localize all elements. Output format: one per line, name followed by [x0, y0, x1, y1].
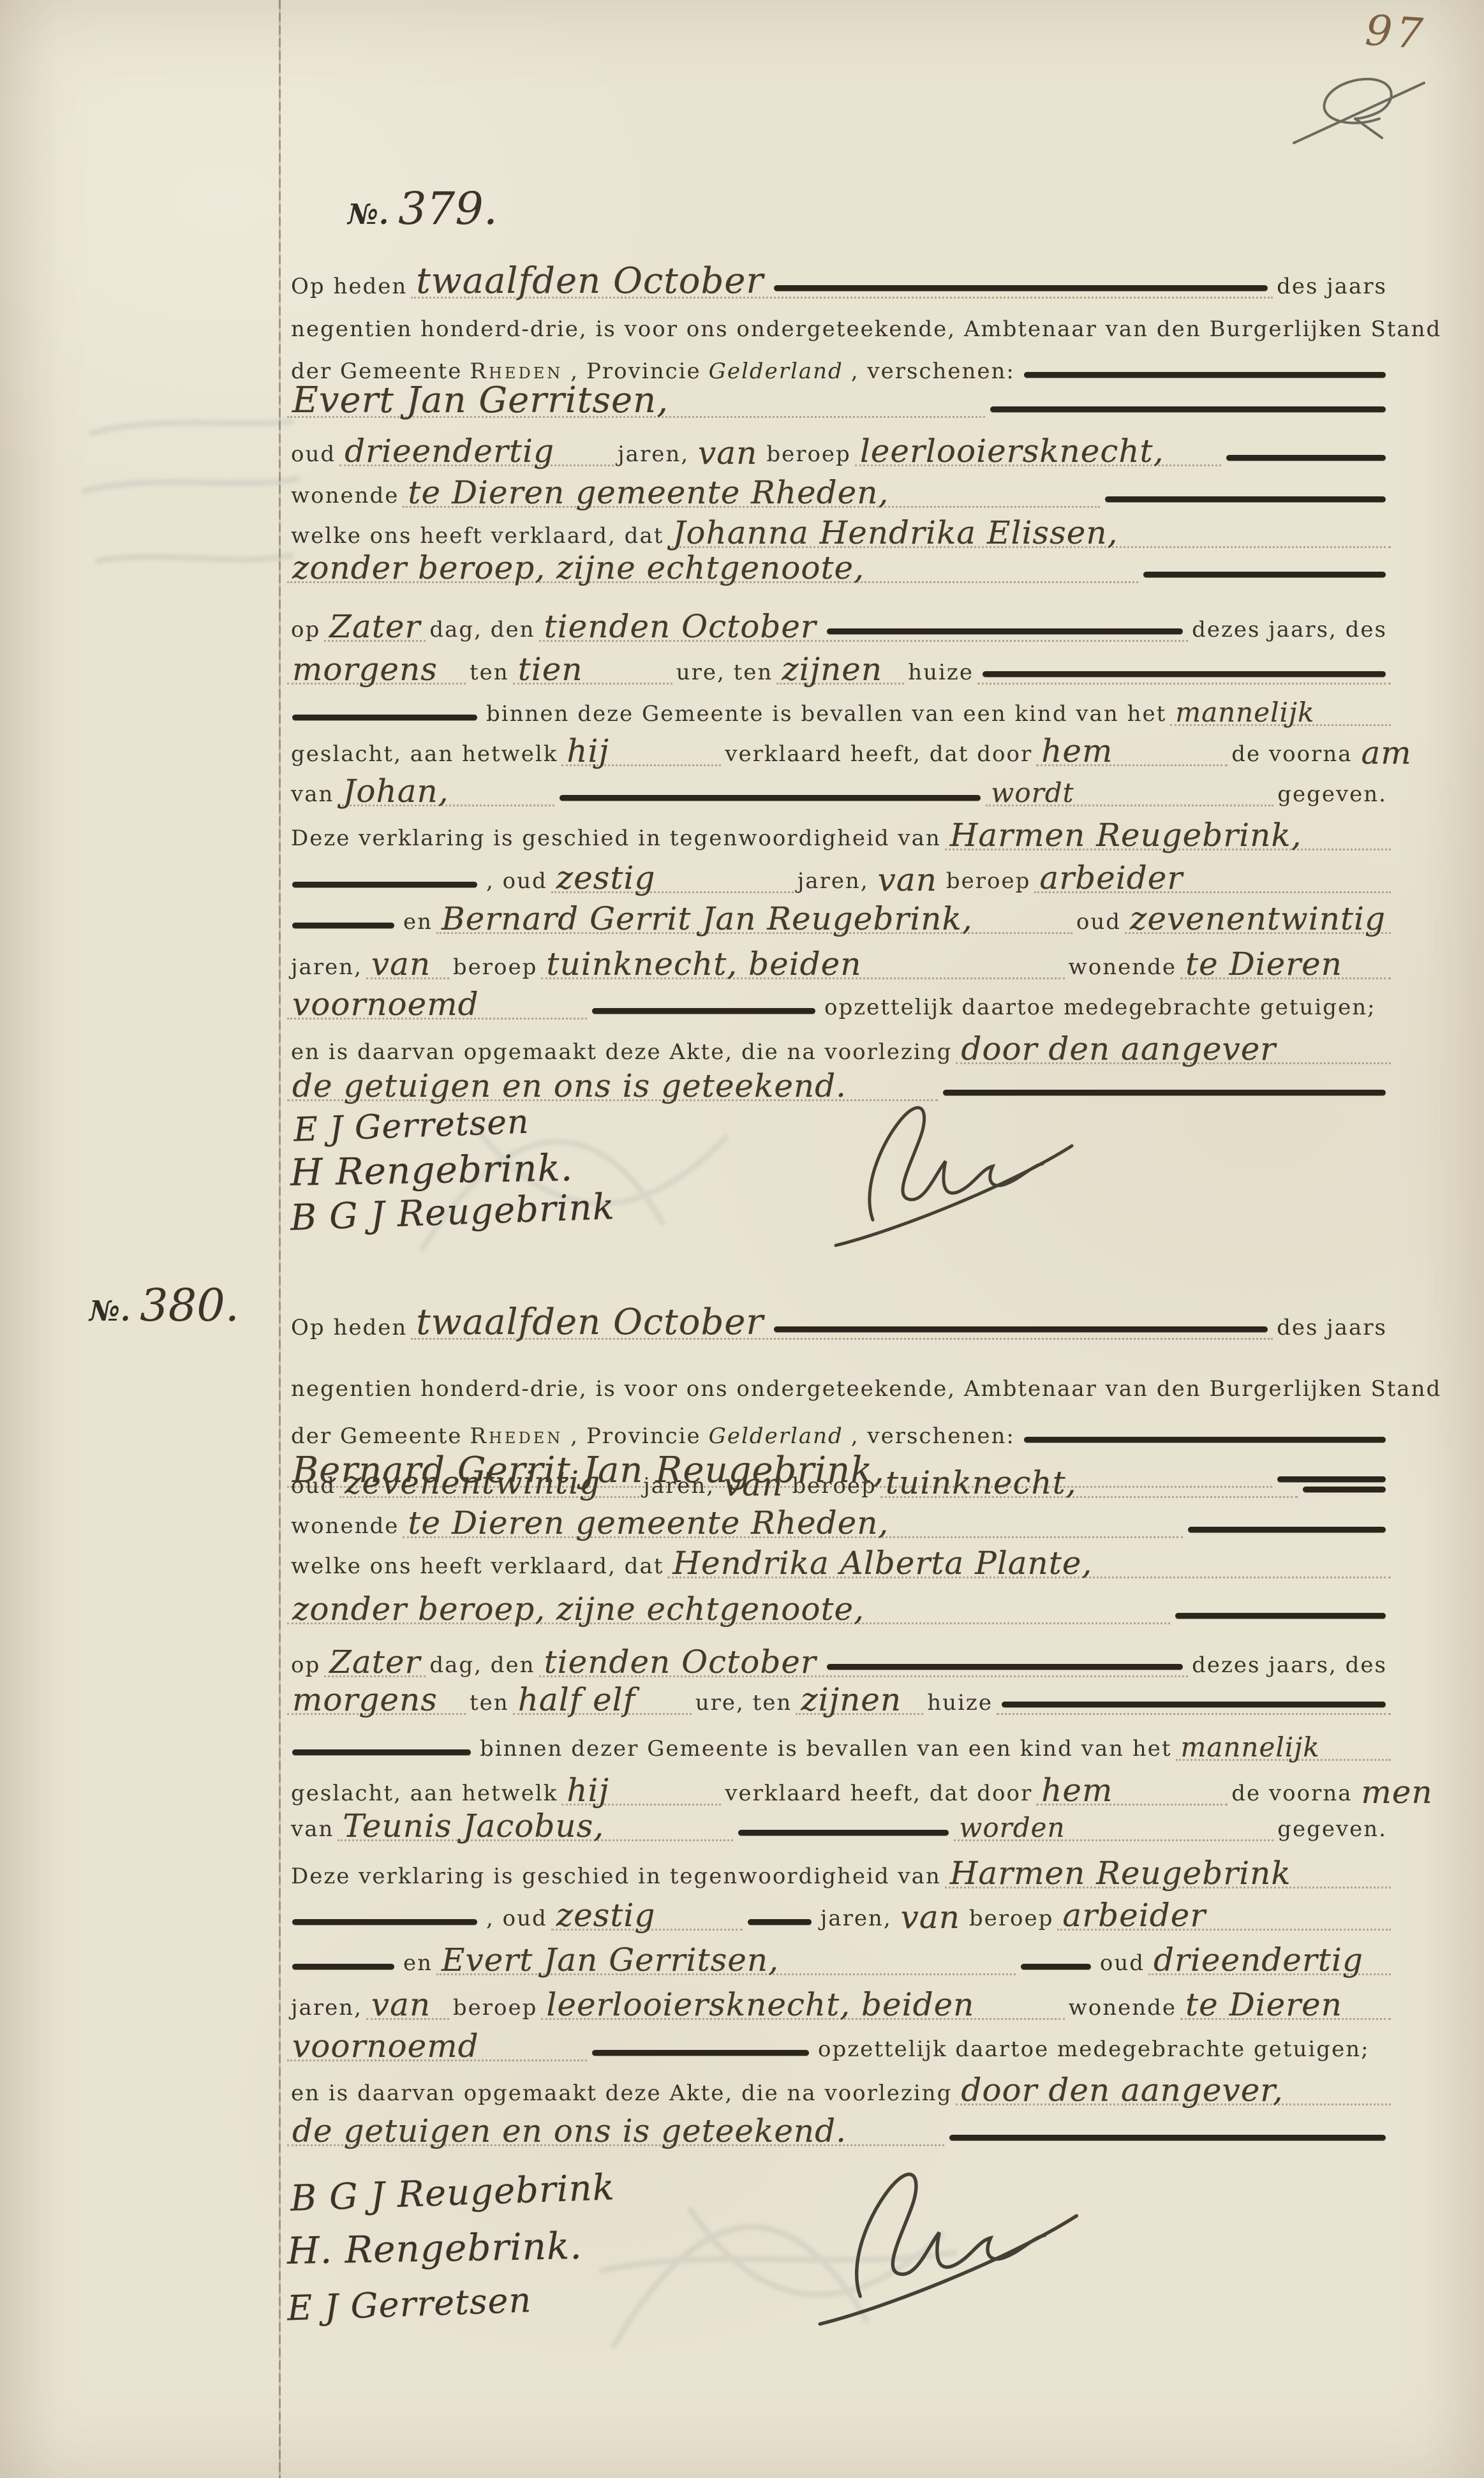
- printed-en: en: [399, 911, 436, 934]
- printed-beroep: beroep: [762, 443, 855, 466]
- ink-bar: [827, 1664, 1183, 1670]
- act379-line-childname: van Johan, wordt gegeven.: [287, 766, 1391, 806]
- printed-wonende: wonende: [287, 485, 403, 508]
- registrar-signature-flourish: [778, 2144, 1097, 2335]
- ink-bar: [1002, 1702, 1386, 1707]
- ink-bar: [1143, 572, 1386, 577]
- hw-mother: Hendrika Alberta Plante,: [667, 1550, 1097, 1577]
- act379-line-age: oud drieendertig jaren, van beroep leerl…: [287, 426, 1391, 466]
- act380-line-mother: welke ons heeft verklaard, dat Hendrika …: [287, 1538, 1391, 1578]
- hw-date: twaalfden October: [411, 1307, 769, 1338]
- printed-comma-oud: , oud: [482, 1908, 551, 1931]
- ink-bar: [292, 882, 477, 887]
- printed-jaren: jaren,: [287, 956, 366, 979]
- hw-voorlezing: door den aangever: [956, 1035, 1281, 1063]
- hw-w2-age: drieendertig: [1148, 1947, 1369, 1974]
- printed-huize: huize: [923, 1692, 997, 1715]
- hw-witness2: Bernard Gerrit Jan Reugebrink,: [436, 905, 978, 933]
- witness-signature: B G J Reugebrink: [290, 2167, 616, 2220]
- ink-bar: [748, 1919, 812, 1925]
- ink-bar: [949, 2135, 1386, 2140]
- printed-des-jaars: des jaars: [1273, 276, 1391, 299]
- printed-beroep: beroep: [449, 1997, 542, 2020]
- printed-op-heden: Op heden: [287, 276, 411, 299]
- printed-oud: oud: [287, 443, 339, 466]
- printed-opzettelijk: opzettelijk daartoe medegebrachte getuig…: [814, 2038, 1374, 2061]
- act380-line-2: negentien honderd-drie, is voor ons onde…: [287, 1360, 1391, 1401]
- hw-witness1: Harmen Reugebrink: [945, 1860, 1296, 1887]
- act380-line-voorlezing: en is daarvan opgemaakt deze Akte, die n…: [287, 2065, 1391, 2105]
- no-label: №.: [348, 198, 389, 231]
- printed-jaren: jaren,: [817, 1908, 896, 1931]
- hw-geteekend: de getuigen en ons is geteekend.: [287, 2118, 852, 2145]
- printed-opzettelijk: opzettelijk daartoe medegebrachte getuig…: [820, 997, 1380, 1020]
- ink-bar: [292, 923, 394, 928]
- hw-hour: tien: [513, 656, 588, 683]
- hw-daypart: morgens: [287, 1686, 443, 1714]
- printed-op-heden: Op heden: [287, 1317, 411, 1340]
- ink-bar: [738, 1830, 949, 1836]
- act380-line-residence: wonende te Dieren gemeente Rheden,: [287, 1497, 1391, 1538]
- printed-beroep: beroep: [942, 870, 1035, 893]
- registrar-signature-flourish: [798, 1085, 1091, 1250]
- hw-voornoemd: voornoemd: [287, 991, 484, 1018]
- act380-line-witness2: en Evert Jan Gerritsen, oud drieendertig: [287, 1934, 1391, 1975]
- hw-day: Zater: [324, 613, 426, 641]
- hw-age: zevenentwintig: [339, 1469, 605, 1497]
- no-label: №.: [89, 1295, 131, 1328]
- hw-child-name: Johan,: [338, 778, 454, 805]
- printed-welke: welke ons heeft verklaard, dat: [287, 1555, 667, 1578]
- printed-beroep: beroep: [965, 1908, 1058, 1931]
- printed-ten: ten: [466, 662, 513, 685]
- ink-bar: [292, 715, 477, 720]
- ink-bar: [1303, 1487, 1386, 1492]
- printed-gegeven: gegeven.: [1273, 783, 1391, 806]
- printed-huize: huize: [904, 662, 977, 685]
- printed-ten: ten: [466, 1692, 513, 1715]
- ink-bar: [292, 1749, 471, 1755]
- act380-line-date: Op heden twaalfden October des jaars: [287, 1299, 1391, 1340]
- printed-gegeven: gegeven.: [1273, 1818, 1391, 1841]
- printed-de-voorna: de voorna: [1228, 743, 1356, 766]
- ink-bar: [1226, 455, 1386, 461]
- printed-ure-ten: ure, ten: [692, 1692, 796, 1715]
- printed-jaren: jaren,: [287, 1997, 366, 2020]
- act380-line-age: oud zevenentwintig jaren, van beroep tui…: [287, 1457, 1391, 1498]
- witness-signature: H. Rengebrink.: [286, 2224, 582, 2273]
- act379-line-witness1: Deze verklaring is geschied in tegenwoor…: [287, 810, 1391, 850]
- register-page: 97 №. 379. Op heden twaalfden October de…: [0, 0, 1484, 2478]
- act379-line-2: negentien honderd-drie, is voor ons onde…: [287, 300, 1391, 341]
- ink-bar: [592, 1008, 815, 1014]
- hw-comparant: Evert Jan Gerritsen,: [287, 385, 674, 416]
- hw-van: van: [718, 1471, 788, 1499]
- printed-wonende: wonende: [287, 1515, 403, 1538]
- act379-line-w2-beroep: jaren, van beroep tuinknecht, beiden won…: [287, 939, 1391, 979]
- act379-line-comparant: Evert Jan Gerritsen,: [287, 367, 1391, 418]
- ink-bar: [983, 671, 1386, 677]
- hw-w2-van: van: [366, 1991, 436, 2019]
- bleedthrough-mark: [77, 396, 306, 625]
- hw-given-verb: worden: [954, 1816, 1070, 1839]
- hw-whose: zijnen: [776, 656, 887, 683]
- hw-daypart: morgens: [287, 656, 443, 683]
- hw-w1-age: zestig: [551, 1902, 661, 1929]
- printed-jaren: jaren,: [639, 1475, 718, 1498]
- printed-deze-verklaring: Deze verklaring is geschied in tegenwoor…: [287, 1866, 945, 1888]
- printed-oud: oud: [1096, 1952, 1148, 1975]
- printed-binnen: binnen dezer Gemeente is bevallen van ee…: [476, 1738, 1176, 1761]
- pencil-paraaf-mark: [1289, 57, 1448, 147]
- ink-bar: [292, 1964, 394, 1970]
- printed-beroep: beroep: [788, 1475, 880, 1498]
- act-number-379: №. 379.: [348, 182, 498, 235]
- printed-comma-oud: , oud: [482, 870, 551, 893]
- hw-w1-occupation: arbeider: [1034, 864, 1188, 892]
- printed-binnen: binnen deze Gemeente is bevallen van een…: [482, 703, 1170, 726]
- act380-line-w2-beroep: jaren, van beroep leerlooiersknecht, bei…: [287, 1979, 1391, 2020]
- hw-residence2: te Dieren: [1180, 1991, 1347, 2019]
- act379-line-witness2: en Bernard Gerrit Jan Reugebrink, oud ze…: [287, 893, 1391, 934]
- hw-occupation: leerlooiersknecht,: [855, 438, 1169, 465]
- act379-line-voorlezing: en is daarvan opgemaakt deze Akte, die n…: [287, 1023, 1391, 1064]
- printed-deze-verklaring: Deze verklaring is geschied in tegenwoor…: [287, 827, 945, 850]
- hw-geteekend: de getuigen en ons is geteekend.: [287, 1072, 852, 1100]
- hw-mother2: zonder beroep, zijne echtgenoote,: [287, 554, 870, 582]
- hw-w1-age: zestig: [551, 864, 661, 892]
- printed-dezes-jaars: dezes jaars, des: [1188, 619, 1391, 642]
- act-number-value: 380.: [140, 1279, 239, 1332]
- hw-by-him: hem: [1036, 1777, 1118, 1804]
- printed-geslacht: geslacht, aan hetwelk: [287, 743, 561, 766]
- margin-rule: [279, 0, 281, 2478]
- ink-bar: [990, 406, 1386, 412]
- printed-oud: oud: [1072, 911, 1125, 934]
- hw-he: hij: [561, 1777, 614, 1804]
- act380-line-w1-age: , oud zestig jaren, van beroep arbeider: [287, 1890, 1391, 1931]
- hw-w2-age: zevenentwintig: [1125, 905, 1391, 933]
- act379-line-mother2: zonder beroep, zijne echtgenoote,: [287, 542, 1391, 583]
- ink-bar: [1188, 1527, 1386, 1532]
- printed-dag-den: dag, den: [426, 619, 538, 642]
- act380-line-birthday: op Zater dag, den tienden October dezes …: [287, 1636, 1391, 1677]
- printed-verklaard: verklaard heeft, dat door: [721, 743, 1036, 766]
- hw-witness2: Evert Jan Gerritsen,: [436, 1947, 784, 1974]
- printed-jaren: jaren,: [794, 870, 873, 893]
- printed-wonende: wonende: [1065, 1997, 1180, 2020]
- printed-van: van: [287, 783, 338, 806]
- act380-line-voornoemd: voornoemd opzettelijk daartoe medegebrac…: [287, 2021, 1391, 2061]
- act379-line-voornoemd: voornoemd opzettelijk daartoe medegebrac…: [287, 979, 1391, 1020]
- hw-age: drieendertig: [339, 438, 560, 465]
- printed-en: en: [399, 1952, 436, 1975]
- ink-bar: [1175, 1613, 1386, 1619]
- hw-hour: half elf: [513, 1686, 641, 1714]
- printed-van: van: [287, 1818, 338, 1841]
- ink-bar: [827, 628, 1183, 634]
- printed-des-jaars: des jaars: [1273, 1317, 1391, 1340]
- printed-line2: negentien honderd-drie, is voor ons onde…: [287, 318, 1445, 341]
- printed-beroep: beroep: [449, 956, 542, 979]
- hw-occupation: tuinknecht,: [880, 1469, 1082, 1497]
- hw-name-suffix: am: [1356, 739, 1416, 767]
- ink-bar: [1105, 496, 1386, 502]
- act380-line-geslacht: geslacht, aan hetwelk hij verklaard heef…: [287, 1765, 1391, 1806]
- printed-line2: negentien honderd-drie, is voor ons onde…: [287, 1378, 1445, 1401]
- ink-bar: [292, 1919, 477, 1925]
- hw-residence: te Dieren gemeente Rheden,: [403, 1510, 894, 1537]
- hw-birthdate: tienden October: [539, 1649, 822, 1676]
- act379-line-geslacht: geslacht, aan hetwelk hij verklaard heef…: [287, 725, 1391, 766]
- printed-jaren: jaren,: [614, 443, 693, 466]
- act380-line-mother2: zonder beroep, zijne echtgenoote,: [287, 1584, 1391, 1624]
- hw-by-him: hem: [1036, 738, 1118, 765]
- act380-line-childname: van Teunis Jacobus, worden gegeven.: [287, 1800, 1391, 1841]
- hw-w1-van: van: [896, 1904, 965, 1931]
- act380-line-binnen: binnen dezer Gemeente is bevallen van ee…: [287, 1720, 1391, 1761]
- printed-wonende: wonende: [1065, 956, 1180, 979]
- act379-line-birthday: op Zater dag, den tienden October dezes …: [287, 601, 1391, 642]
- ink-bar: [1021, 1964, 1091, 1970]
- hw-given-verb: wordt: [986, 782, 1079, 805]
- act380-line-geteekend: de getuigen en ons is geteekend.: [287, 2105, 1391, 2146]
- hw-residence2: te Dieren: [1180, 951, 1347, 978]
- hw-sex: mannelijk: [1176, 1736, 1325, 1759]
- hw-voorlezing: door den aangever,: [956, 2077, 1288, 2104]
- witness-signature: H Rengebrink.: [290, 1146, 573, 1194]
- printed-op: op: [287, 619, 324, 642]
- ink-bar: [774, 285, 1268, 291]
- act379-line-hour: morgens ten tien ure, ten zijnen huize: [287, 644, 1391, 685]
- hw-he: hij: [561, 738, 614, 765]
- ink-bar: [560, 795, 981, 801]
- hw-whose: zijnen: [796, 1686, 907, 1714]
- hw-day: Zater: [324, 1649, 426, 1676]
- hw-child-name: Teunis Jacobus,: [338, 1813, 609, 1840]
- act379-line-residence: wonende te Dieren gemeente Rheden,: [287, 467, 1391, 508]
- hw-sex: mannelijk: [1170, 701, 1319, 724]
- hw-w1-van: van: [873, 866, 942, 894]
- hw-voornoemd: voornoemd: [287, 2033, 484, 2060]
- act-number-value: 379.: [398, 182, 498, 235]
- ink-bar: [774, 1326, 1268, 1332]
- act379-line-w1-age: , oud zestig jaren, van beroep arbeider: [287, 852, 1391, 893]
- ink-bar: [592, 2050, 809, 2056]
- witness-signature: E J Gerretsen: [286, 2280, 532, 2328]
- hw-witness1: Harmen Reugebrink,: [945, 822, 1307, 849]
- hw-w2-occupation: leerlooiersknecht, beiden: [541, 1991, 979, 2019]
- hw-w2-occupation: tuinknecht, beiden: [541, 951, 866, 978]
- printed-en-is: en is daarvan opgemaakt deze Akte, die n…: [287, 2082, 956, 2105]
- hw-residence: te Dieren gemeente Rheden,: [403, 479, 894, 507]
- hw-van: van: [693, 440, 762, 467]
- page-number: 97: [1363, 6, 1428, 59]
- act379-line-date: Op heden twaalfden October des jaars: [287, 258, 1391, 299]
- act-number-380: №. 380.: [89, 1279, 239, 1332]
- printed-oud: oud: [287, 1475, 339, 1498]
- act380-line-hour: morgens ten half elf ure, ten zijnen hui…: [287, 1674, 1391, 1715]
- hw-date: twaalfden October: [411, 266, 769, 297]
- hw-birthdate: tienden October: [539, 613, 822, 641]
- hw-mother2: zonder beroep, zijne echtgenoote,: [287, 1596, 870, 1623]
- printed-ure-ten: ure, ten: [672, 662, 777, 685]
- act379-line-binnen: binnen deze Gemeente is bevallen van een…: [287, 685, 1391, 726]
- hw-w2-van: van: [366, 951, 436, 978]
- act380-line-witness1: Deze verklaring is geschied in tegenwoor…: [287, 1848, 1391, 1888]
- hw-w1-occupation: arbeider: [1057, 1902, 1211, 1929]
